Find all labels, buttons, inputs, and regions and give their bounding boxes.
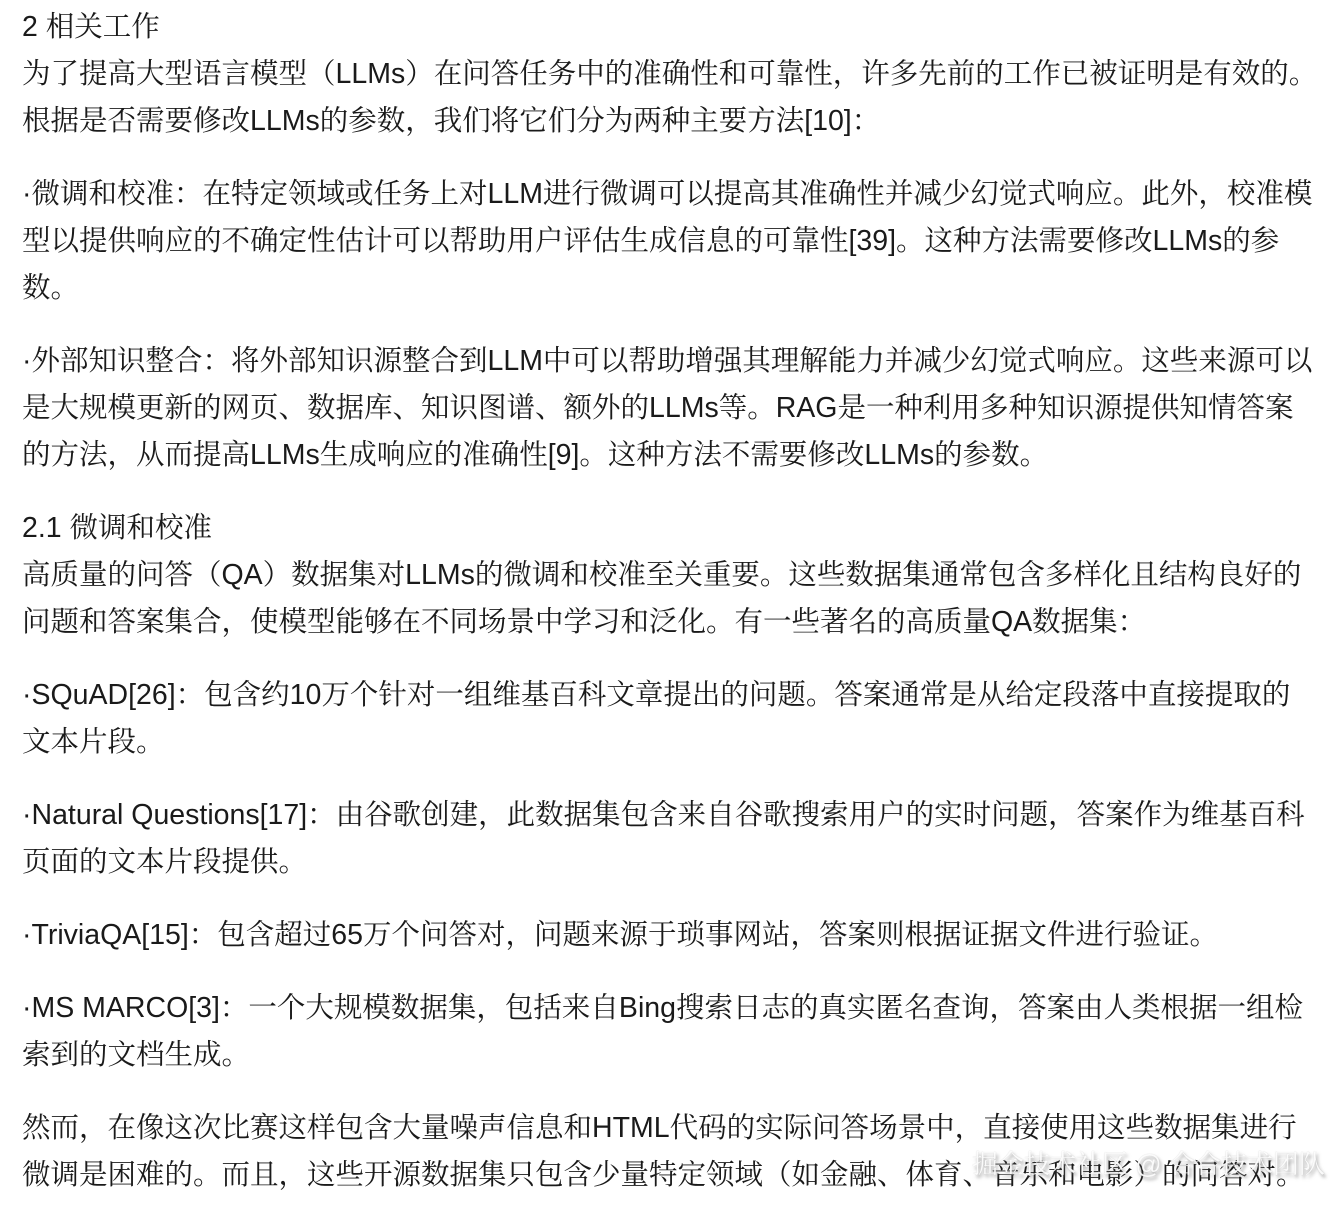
method-item-external-knowledge: ·外部知识整合：将外部知识源整合到LLM中可以帮助增强其理解能力并减少幻觉式响应… — [22, 338, 1318, 479]
subsection-intro-paragraph: 高质量的问答（QA）数据集对LLMs的微调和校准至关重要。这些数据集通常包含多样… — [22, 552, 1318, 646]
intro-paragraph: 为了提高大型语言模型（LLMs）在问答任务中的准确性和可靠性，许多先前的工作已被… — [22, 51, 1318, 145]
article-body: 2 相关工作 为了提高大型语言模型（LLMs）在问答任务中的准确性和可靠性，许多… — [0, 0, 1340, 1199]
dataset-item-ms-marco: ·MS MARCO[3]：一个大规模数据集，包括来自Bing搜索日志的真实匿名查… — [22, 985, 1318, 1079]
subsection-title: 2.1 微调和校准 — [22, 505, 1318, 552]
dataset-item-squad: ·SQuAD[26]：包含约10万个针对一组维基百科文章提出的问题。答案通常是从… — [22, 672, 1318, 766]
method-item-finetune-calibration: ·微调和校准：在特定领域或任务上对LLM进行微调可以提高其准确性并减少幻觉式响应… — [22, 171, 1318, 312]
section-title: 2 相关工作 — [22, 4, 1318, 51]
conclusion-paragraph: 然而，在像这次比赛这样包含大量噪声信息和HTML代码的实际问答场景中，直接使用这… — [22, 1105, 1318, 1199]
dataset-item-natural-questions: ·Natural Questions[17]：由谷歌创建，此数据集包含来自谷歌搜… — [22, 792, 1318, 886]
dataset-item-triviaqa: ·TriviaQA[15]：包含超过65万个问答对，问题来源于琐事网站，答案则根… — [22, 912, 1318, 959]
